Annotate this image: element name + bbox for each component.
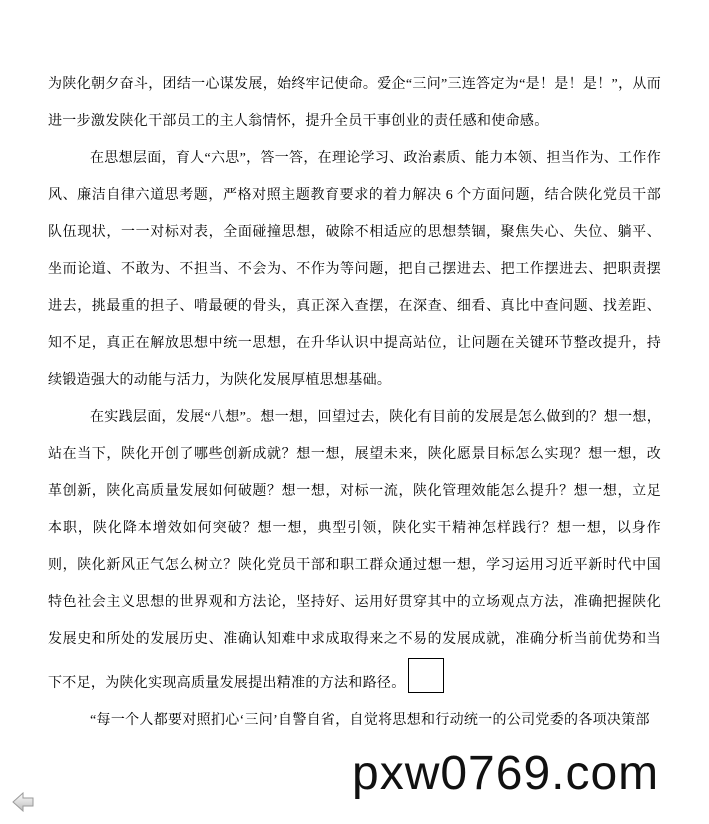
paragraph-text: 在实践层面，发展“八想”。想一想，回望过去，陕化有目前的发展是怎么做到的？想一想… [48,410,661,691]
paragraph-text: 为陕化朝夕奋斗，团结一心谋发展，始终牢记使命。爱企“三问”三连答定为“是！是！是… [48,77,661,129]
back-arrow-icon[interactable] [12,792,34,812]
document-text-body: 为陕化朝夕奋斗，团结一心谋发展，始终牢记使命。爱企“三问”三连答定为“是！是！是… [48,66,661,739]
paragraph: 为陕化朝夕奋斗，团结一心谋发展，始终牢记使命。爱企“三问”三连答定为“是！是！是… [48,66,661,140]
paragraph: 在实践层面，发展“八想”。想一想，回望过去，陕化有目前的发展是怎么做到的？想一想… [48,399,661,702]
paragraph: 在思想层面，育人“六思”，答一答，在理论学习、政治素质、能力本领、担当作为、工作… [48,140,661,399]
paragraph: “每一个人都要对照扪心‘三问’自警自省，自觉将思想和行动统一的公司党委的各项决策… [48,702,661,739]
document-page: 为陕化朝夕奋斗，团结一心谋发展，始终牢记使命。爱企“三问”三连答定为“是！是！是… [0,0,709,824]
site-watermark: pxw0769.com [352,746,659,801]
paragraph-text: 在思想层面，育人“六思”，答一答，在理论学习、政治素质、能力本领、担当作为、工作… [48,151,661,388]
object-placeholder-box [408,658,444,693]
paragraph-text: “每一个人都要对照扪心‘三问’自警自省，自觉将思想和行动统一的公司党委的各项决策… [90,713,650,728]
